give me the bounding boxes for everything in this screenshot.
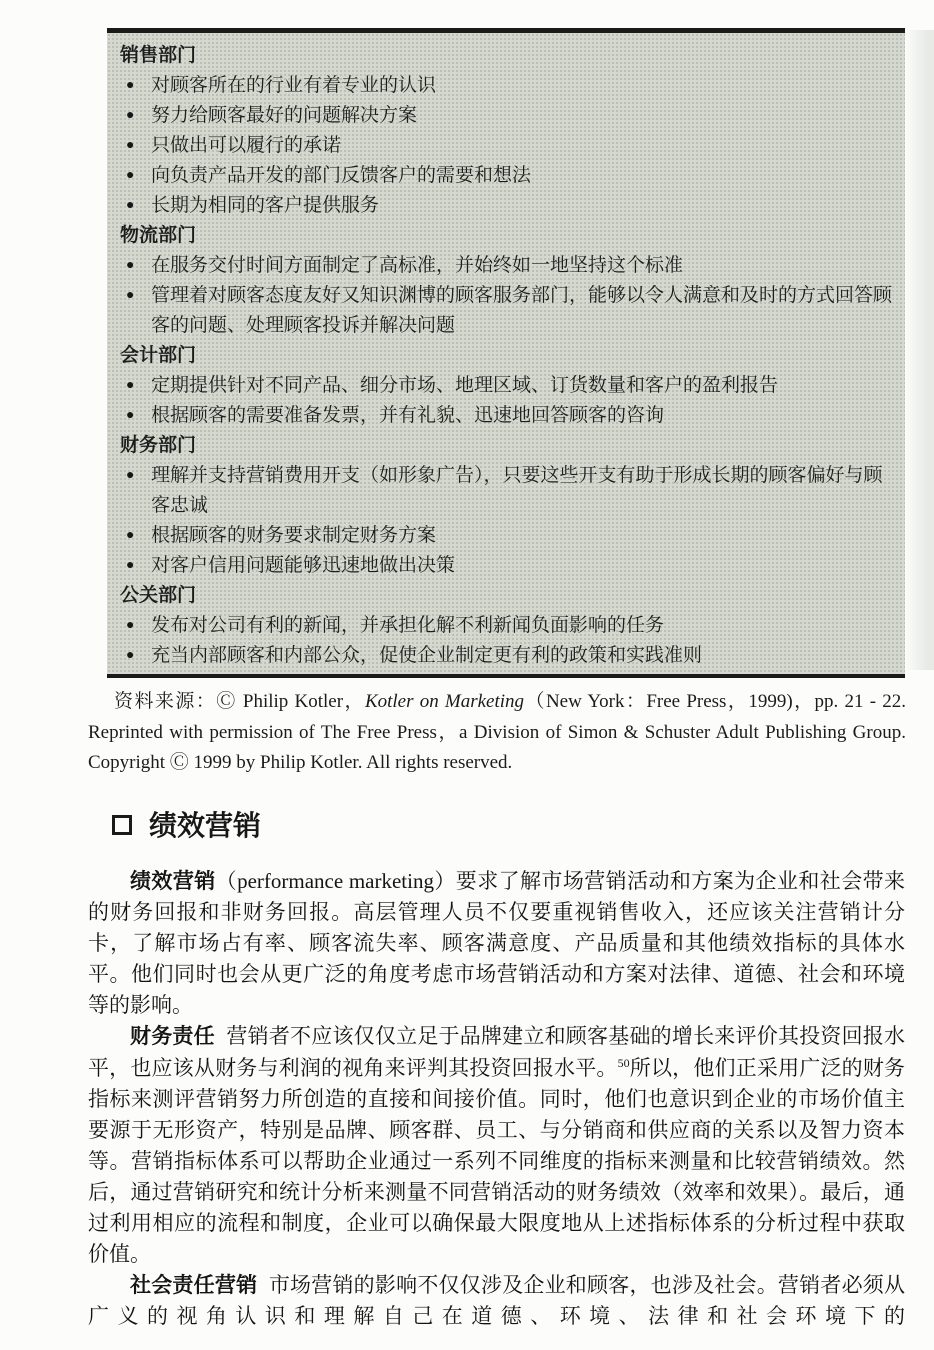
bullet-text: 对客户信用问题能够迅速地做出决策 [151,551,899,581]
body-text: 绩效营销（performance marketing）要求了解市场营销活动和方案… [88,866,905,1332]
bullet-item: ● 向负责产品开发的部门反馈客户的需要和想法 [126,161,899,191]
source-note-authors: Ⓒ Philip Kotler， [216,691,365,712]
bullet-icon: ● [126,101,151,131]
bullet-item: ● 理解并支持营销费用开支（如形象广告），只要这些开支有助于形成长期的顾客偏好与… [126,461,899,521]
department-title-accounting: 会计部门 [120,341,899,371]
bullet-text: 在服务交付时间方面制定了高标准，并始终如一地坚持这个标准 [151,251,899,281]
section-heading: 绩效营销 [112,804,261,844]
bullet-item: ● 只做出可以履行的承诺 [126,131,899,161]
bullet-icon: ● [126,461,151,521]
bullet-icon: ● [126,371,151,401]
bullet-icon: ● [126,551,151,581]
bullet-item: ● 管理着对顾客态度友好又知识渊博的顾客服务部门，能够以令人满意和及时的方式回答… [126,281,899,341]
bullet-icon: ● [126,251,151,281]
source-note: 资料来源：Ⓒ Philip Kotler，Kotler on Marketing… [88,687,906,779]
bullet-icon: ● [126,641,151,671]
bullet-item: ● 根据顾客的财务要求制定财务方案 [126,521,899,551]
bullet-icon: ● [126,281,151,341]
bullet-text: 定期提供针对不同产品、细分市场、地理区域、订货数量和客户的盈利报告 [151,371,899,401]
bullet-icon: ● [126,131,151,161]
bullet-icon: ● [126,161,151,191]
bullet-text: 根据顾客的需要准备发票，并有礼貌、迅速地回答顾客的咨询 [151,401,899,431]
bullet-text: 管理着对顾客态度友好又知识渊博的顾客服务部门，能够以令人满意和及时的方式回答顾客… [151,281,899,341]
bullet-icon: ● [126,401,151,431]
run-in-heading: 财务责任 [130,1025,215,1048]
bullet-item: ● 充当内部顾客和内部公众，促使企业制定更有利的政策和实践准则 [126,641,899,671]
bullet-icon: ● [126,521,151,551]
bullet-text: 理解并支持营销费用开支（如形象广告），只要这些开支有助于形成长期的顾客偏好与顾客… [151,461,899,521]
footnote-ref: 50 [618,1056,630,1070]
bullet-icon: ● [126,611,151,641]
paragraph-social-responsibility: 社会责任营销市场营销的影响不仅仅涉及企业和顾客，也涉及社会。营销者必须从广义的视… [88,1270,905,1332]
book-title-italic: Kotler on Marketing [365,691,524,712]
bullet-icon: ● [126,71,151,101]
department-title-pr: 公关部门 [120,581,899,611]
bullet-item: ● 长期为相同的客户提供服务 [126,191,899,221]
paragraph-performance-marketing: 绩效营销（performance marketing）要求了解市场营销活动和方案… [88,866,905,1021]
book-page: 销售部门 ● 对顾客所在的行业有着专业的认识 ● 努力给顾客最好的问题解决方案 … [0,0,934,1350]
bullet-item: ● 努力给顾客最好的问题解决方案 [126,101,899,131]
bullet-item: ● 根据顾客的需要准备发票，并有礼貌、迅速地回答顾客的咨询 [126,401,899,431]
paragraph-financial-responsibility: 财务责任营销者不应该仅仅立足于品牌建立和顾客基础的增长来评价其投资回报水平，也应… [88,1021,905,1270]
bullet-item: ● 对顾客所在的行业有着专业的认识 [126,71,899,101]
bullet-icon: ● [126,191,151,221]
bullet-text: 只做出可以履行的承诺 [151,131,899,161]
run-in-heading: 社会责任营销 [130,1274,257,1297]
bullet-item: ● 发布对公司有利的新闻，并承担化解不利新闻负面影响的任务 [126,611,899,641]
bullet-item: ● 定期提供针对不同产品、细分市场、地理区域、订货数量和客户的盈利报告 [126,371,899,401]
section-title: 绩效营销 [149,804,261,844]
bullet-text: 充当内部顾客和内部公众，促使企业制定更有利的政策和实践准则 [151,641,899,671]
source-note-label: 资料来源： [114,691,216,712]
bullet-text: 长期为相同的客户提供服务 [151,191,899,221]
department-title-finance: 财务部门 [120,431,899,461]
run-in-heading: 绩效营销 [130,870,216,893]
department-title-sales: 销售部门 [120,41,899,71]
bullet-text: 对顾客所在的行业有着专业的认识 [151,71,899,101]
paragraph-text: 所以，他们正采用广泛的财务指标来测评营销努力所创造的直接和间接价值。同时，他们也… [88,1056,905,1267]
bullet-text: 发布对公司有利的新闻，并承担化解不利新闻负面影响的任务 [151,611,899,641]
bullet-text: 努力给顾客最好的问题解决方案 [151,101,899,131]
bullet-item: ● 对客户信用问题能够迅速地做出决策 [126,551,899,581]
department-title-logistics: 物流部门 [120,221,899,251]
bullet-text: 根据顾客的财务要求制定财务方案 [151,521,899,551]
scan-shading-artifact [904,30,934,670]
section-square-icon [112,815,132,835]
exhibit-box: 销售部门 ● 对顾客所在的行业有着专业的认识 ● 努力给顾客最好的问题解决方案 … [107,28,905,678]
bullet-item: ● 在服务交付时间方面制定了高标准，并始终如一地坚持这个标准 [126,251,899,281]
bullet-text: 向负责产品开发的部门反馈客户的需要和想法 [151,161,899,191]
